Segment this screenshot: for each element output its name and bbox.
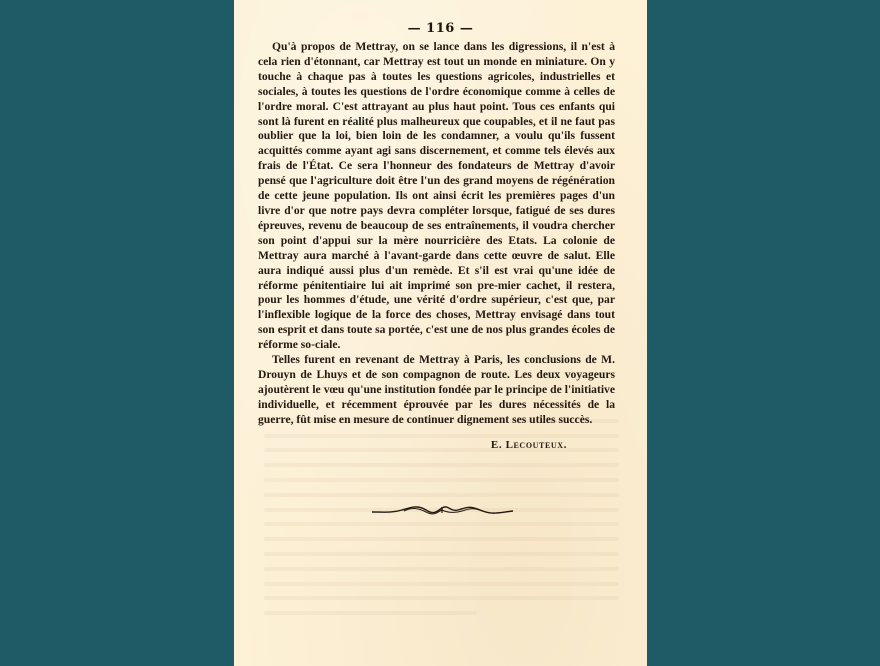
author-signature: E. Lecouteux. <box>491 439 567 451</box>
paragraph: Telles furent en revenant de Mettray à P… <box>258 353 615 428</box>
signature-initial: E. <box>491 439 502 451</box>
signature-name: Lecouteux. <box>506 439 567 451</box>
ornament-flourish-icon <box>370 500 515 520</box>
scanned-page: — 116 — Qu'à propos de Mettray, on se la… <box>234 0 647 666</box>
body-text: Qu'à propos de Mettray, on se lance dans… <box>258 40 615 428</box>
page-number: — 116 — <box>234 21 647 36</box>
paragraph: Qu'à propos de Mettray, on se lance dans… <box>258 40 615 353</box>
